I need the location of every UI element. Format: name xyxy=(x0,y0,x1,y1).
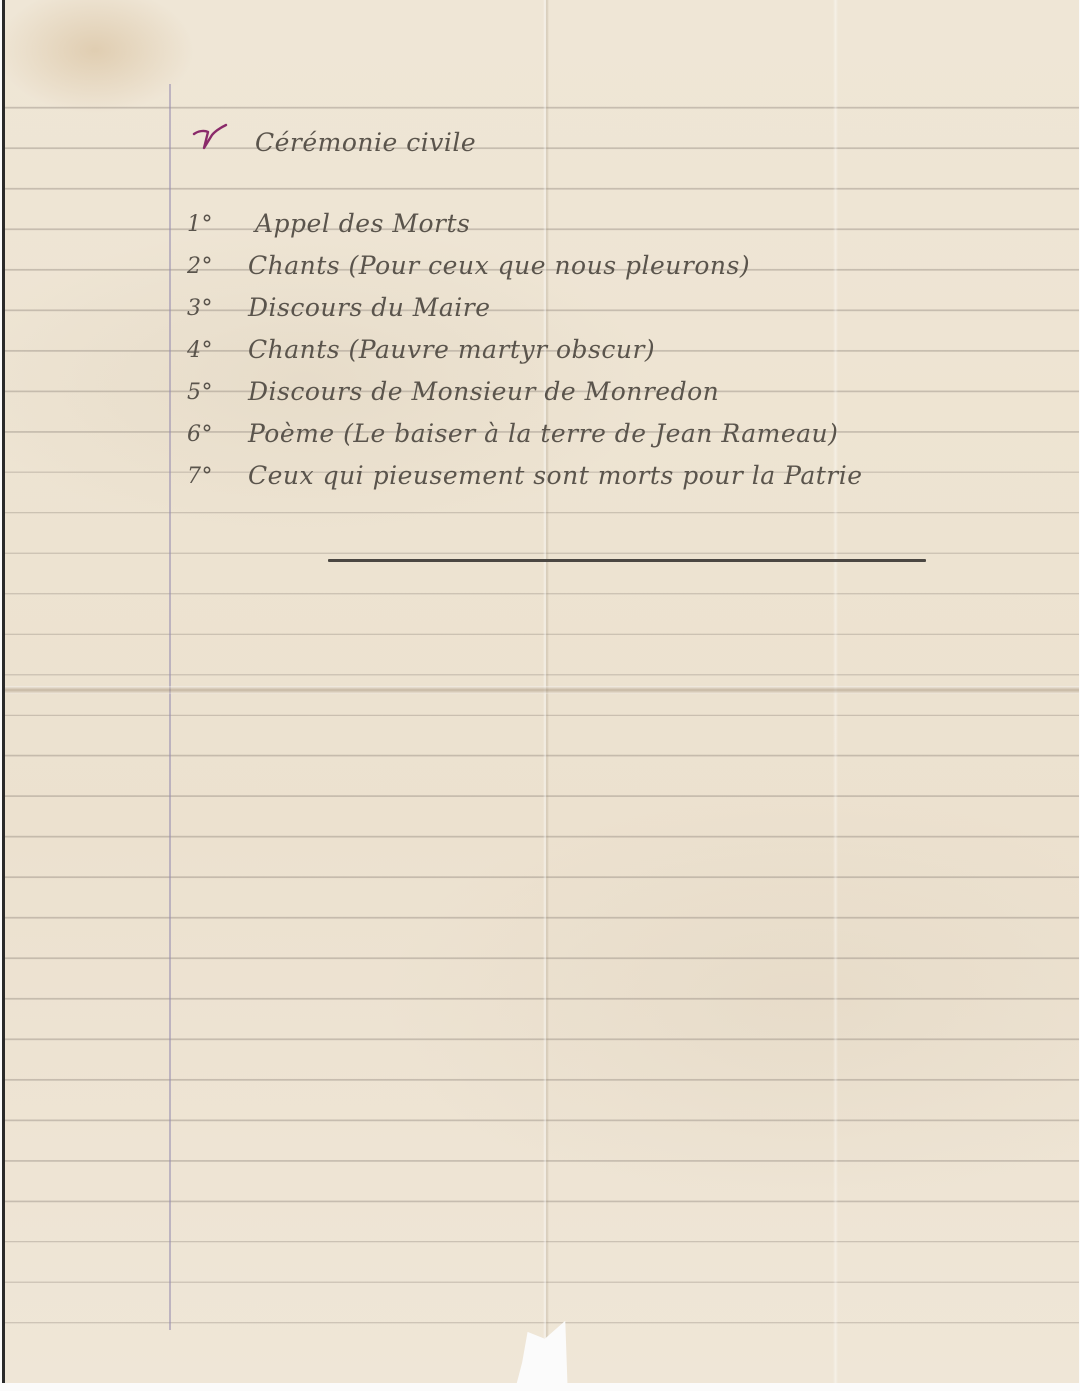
item-text: Chants (Pour ceux que nous pleurons) xyxy=(248,251,750,280)
horizontal-fold xyxy=(5,686,1079,694)
document-title: Cérémonie civile xyxy=(255,128,476,157)
item-number: 3° xyxy=(187,296,213,321)
item-number: 2° xyxy=(187,254,213,279)
item-text: Appel des Morts xyxy=(255,209,470,238)
item-text: Chants (Pauvre martyr obscur) xyxy=(248,335,655,364)
item-number: 4° xyxy=(187,338,213,363)
item-text: Ceux qui pieusement sont morts pour la P… xyxy=(248,461,863,490)
item-number: 5° xyxy=(187,380,213,405)
item-text: Discours de Monsieur de Monredon xyxy=(248,377,719,406)
item-text: Poème (Le baiser à la terre de Jean Rame… xyxy=(248,419,838,448)
margin-line xyxy=(169,84,171,1330)
item-text: Discours du Maire xyxy=(248,293,491,322)
check-mark-icon xyxy=(192,122,228,152)
item-number: 6° xyxy=(187,422,213,447)
divider-line xyxy=(328,559,926,562)
paper-sheet: Cérémonie civile 1°Appel des Morts2°Chan… xyxy=(2,0,1079,1383)
item-number: 1° xyxy=(187,212,213,237)
item-number: 7° xyxy=(187,464,213,489)
